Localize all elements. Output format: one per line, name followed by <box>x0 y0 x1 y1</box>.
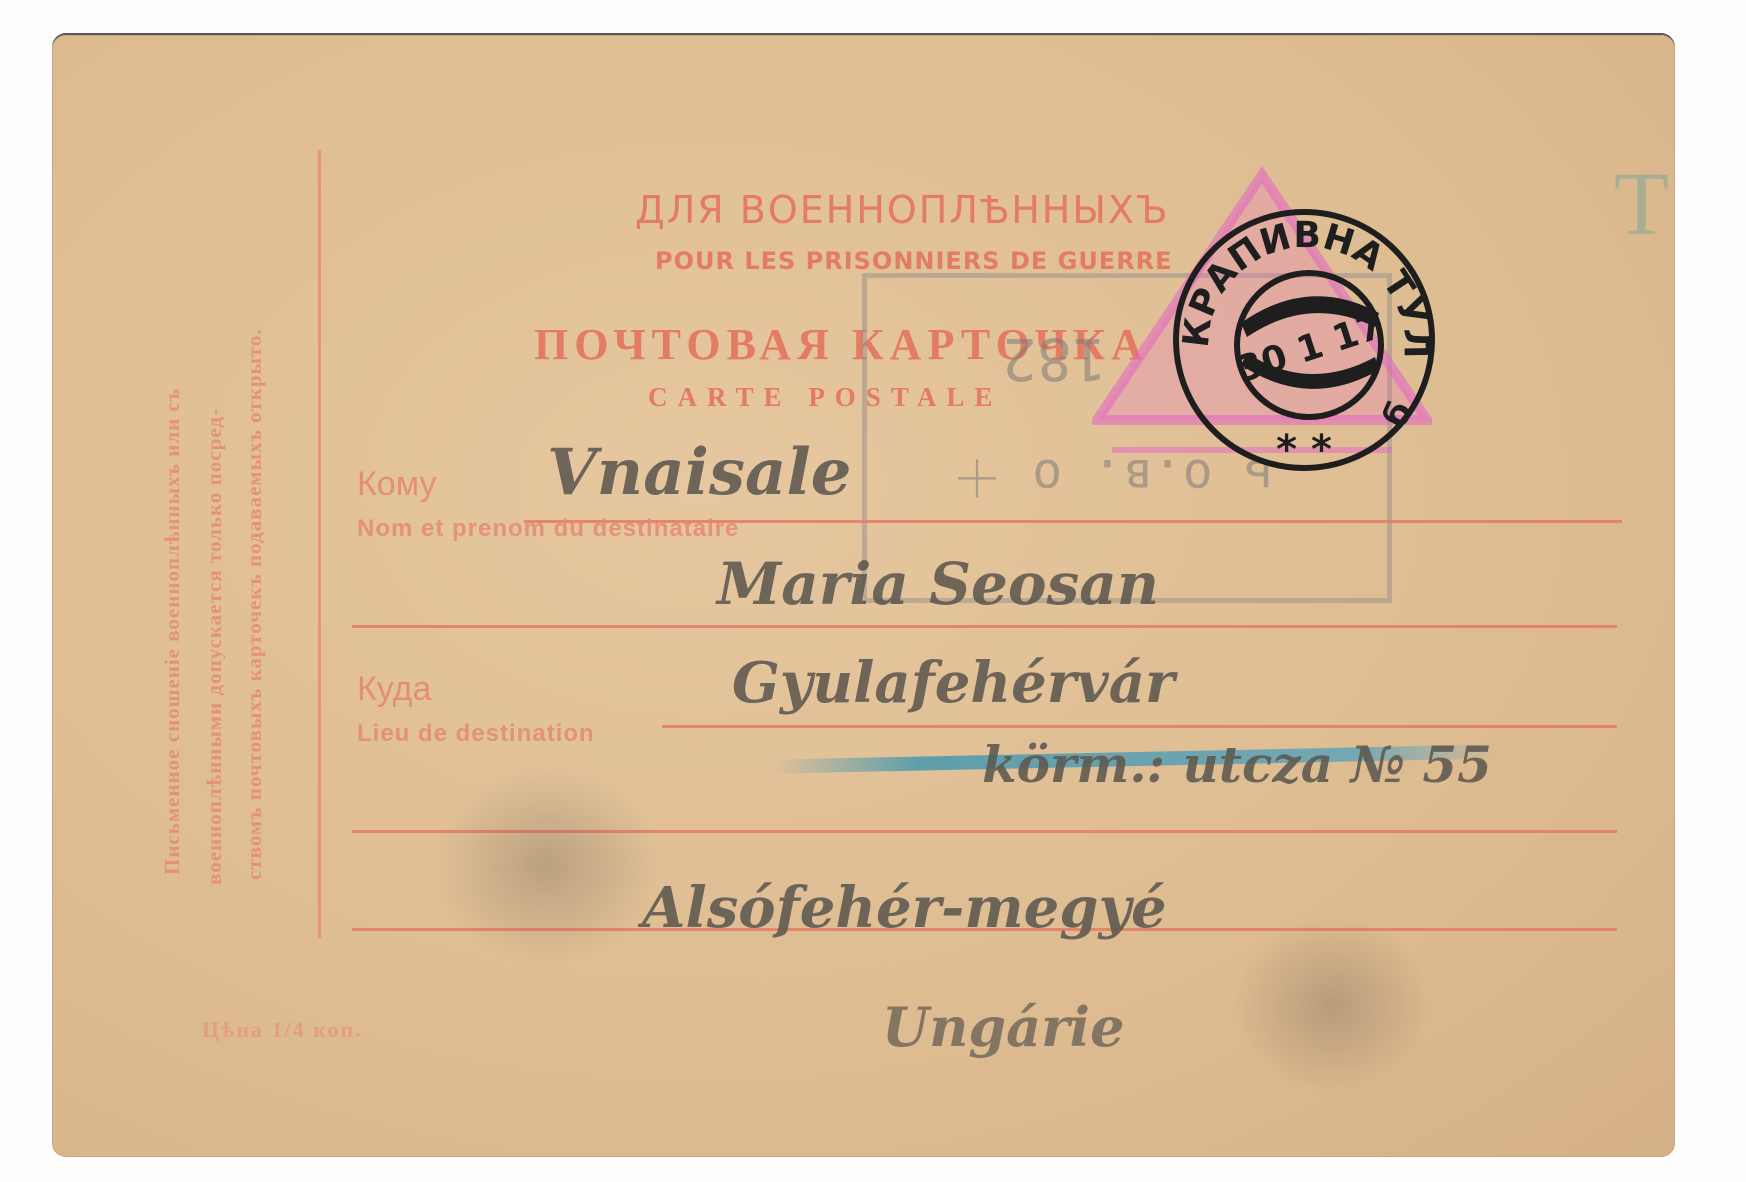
postcard: Письменное сношеніе военноплѣнныхъ или с… <box>52 35 1675 1157</box>
green-t-mark: T <box>1614 153 1669 256</box>
handwritten-line-2: Maria Seosan <box>717 550 1159 618</box>
handwritten-line-3: Gyulafehérvár <box>732 650 1175 716</box>
side-divider <box>318 150 321 938</box>
postmark-cancel: КРАПИВНА ТУЛ. 30 1 17 б * * <box>1169 205 1439 475</box>
handwritten-line-1: Vnaisale <box>547 435 852 510</box>
title-russian: ДЛЯ ВОЕННОПЛѢННЫХЪ <box>635 188 1170 232</box>
side-notice-line-2: военноплѣнными допускается только посред… <box>202 408 227 885</box>
handwritten-line-6: Ungárie <box>882 995 1124 1059</box>
to-label-ru: Кому <box>357 465 436 504</box>
handwritten-line-5: Alsófehér-megyé <box>642 875 1167 941</box>
handwritten-line-4: körm.: utcza № 55 <box>982 735 1492 794</box>
svg-text:* *: * * <box>1276 427 1332 473</box>
where-label-fr: Lieu de destination <box>357 720 595 748</box>
to-label-fr: Nom et prenom du destinataire <box>357 515 739 543</box>
ink-smudge <box>1232 915 1432 1095</box>
price-label: Цѣна 1/4 коп. <box>202 1017 363 1043</box>
ink-smudge <box>432 765 662 965</box>
where-label-ru: Куда <box>357 670 431 709</box>
address-line-2 <box>352 625 1617 628</box>
address-line-3 <box>662 725 1617 728</box>
side-notice-line-1: Письменное сношеніе военноплѣнныхъ или с… <box>160 388 185 875</box>
side-notice-line-3: ствомъ почтовыхъ карточекъ подаваемыхъ о… <box>242 328 267 880</box>
